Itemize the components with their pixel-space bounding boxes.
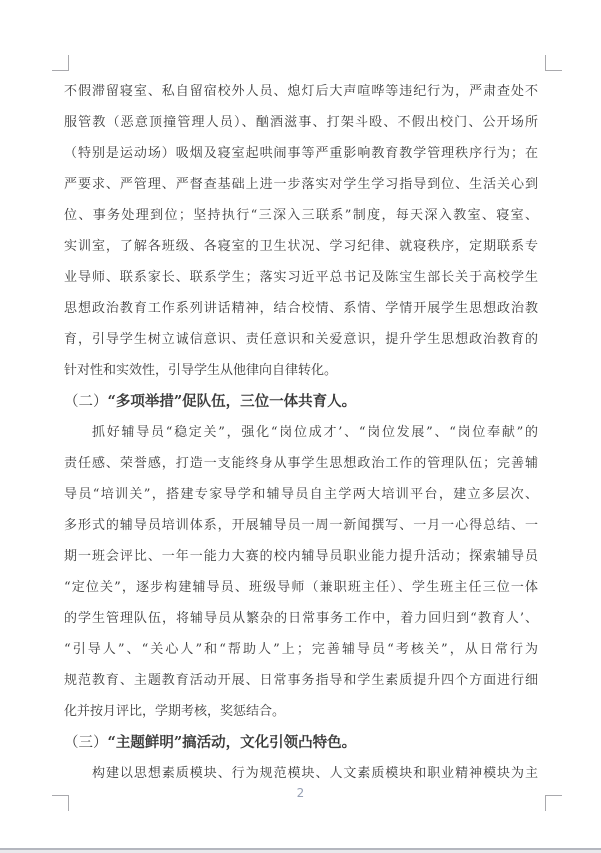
page-bottom-edge <box>0 848 601 853</box>
text-line[interactable]: 抓好辅导员“稳定关”，强化“岗位成才’、“岗位发展”、“岗位奉献”的 <box>64 417 538 448</box>
document-body[interactable]: 不假滞留寝室、私自留宿校外人员、熄灯后大声喧哗等违纪行为，严肃查处不服管教（恶意… <box>64 76 538 789</box>
text-line[interactable]: 育，引导学生树立诚信意识、责任意识和关爱意识，提升学生思想政治教育的 <box>64 324 538 355</box>
text-line[interactable]: 多形式的辅导员培训体系，开展辅导员一周一新闻撰写、一月一心得总结、一 <box>64 510 538 541</box>
text-line[interactable]: 严要求、严管理、严督查基础上进一步落实对学生学习指导到位、生活关心到 <box>64 169 538 200</box>
text-line[interactable]: 位、事务处理到位；坚持执行“三深入三联系”制度，每天深入教室、寝室、 <box>64 200 538 231</box>
heading-number: （二） <box>64 394 108 410</box>
text-line[interactable]: 服管教（恶意顶撞管理人员）、酗酒滋事、打架斗殴、不假出校门、公开场所 <box>64 107 538 138</box>
section-heading[interactable]: （二）“多项举措”促队伍，三位一体共育人。 <box>64 386 538 417</box>
text-line[interactable]: 化并按月评比，学期考核，奖惩结合。 <box>64 696 538 727</box>
text-line[interactable]: 业导师、联系家长、联系学生；落实习近平总书记及陈宝生部长关于高校学生 <box>64 262 538 293</box>
text-line[interactable]: 规范教育、主题教育活动开展、日常事务指导和学生素质提升四个方面进行细 <box>64 665 538 696</box>
text-line[interactable]: 的学生管理队伍，将辅导员从繁杂的日常事务工作中，着力回归到“教育人’、 <box>64 603 538 634</box>
text-line[interactable]: 导员“培训关”，搭建专家导学和辅导员自主学两大培训平台，建立多层次、 <box>64 479 538 510</box>
text-line[interactable]: 构建以思想素质模块、行为规范模块、人文素质模块和职业精神模块为主 <box>64 758 538 789</box>
text-boundary-mark-top-left <box>52 55 69 71</box>
text-line[interactable]: 责任感、荣誉感，打造一支能终身从事学生思想政治工作的管理队伍；完善辅 <box>64 448 538 479</box>
section-heading[interactable]: （三）“主题鲜明”搞活动，文化引领凸特色。 <box>64 727 538 758</box>
text-line[interactable]: 不假滞留寝室、私自留宿校外人员、熄灯后大声喧哗等违纪行为，严肃查处不 <box>64 76 538 107</box>
text-line[interactable]: 针对性和实效性，引导学生从他律向自律转化。 <box>64 355 538 386</box>
heading-title: “多项举措”促队伍，三位一体共育人。 <box>108 393 357 410</box>
text-line[interactable]: 思想政治教育工作系列讲话精神，结合校情、系情、学情开展学生思想政治教 <box>64 293 538 324</box>
page-number: 2 <box>0 786 601 800</box>
text-line[interactable]: “引导人”、“关心人”和“帮助人”上；完善辅导员“考核关”，从日常行为 <box>64 634 538 665</box>
text-line[interactable]: 期一班会评比、一年一能力大赛的校内辅导员职业能力提升活动；探索辅导员 <box>64 541 538 572</box>
text-boundary-mark-top-right <box>545 55 562 71</box>
text-line[interactable]: “定位关”，逐步构建辅导员、班级导师（兼职班主任）、学生班主任三位一体 <box>64 572 538 603</box>
heading-title: “主题鲜明”搞活动，文化引领凸特色。 <box>108 734 357 751</box>
text-line[interactable]: 实训室，了解各班级、各寝室的卫生状况、学习纪律、就寝秩序，定期联系专 <box>64 231 538 262</box>
text-line[interactable]: （特别是运动场）吸烟及寝室起哄闹事等严重影响教育教学管理秩序行为；在 <box>64 138 538 169</box>
document-page: 不假滞留寝室、私自留宿校外人员、熄灯后大声喧哗等违纪行为，严肃查处不服管教（恶意… <box>0 0 601 848</box>
heading-number: （三） <box>64 735 108 751</box>
